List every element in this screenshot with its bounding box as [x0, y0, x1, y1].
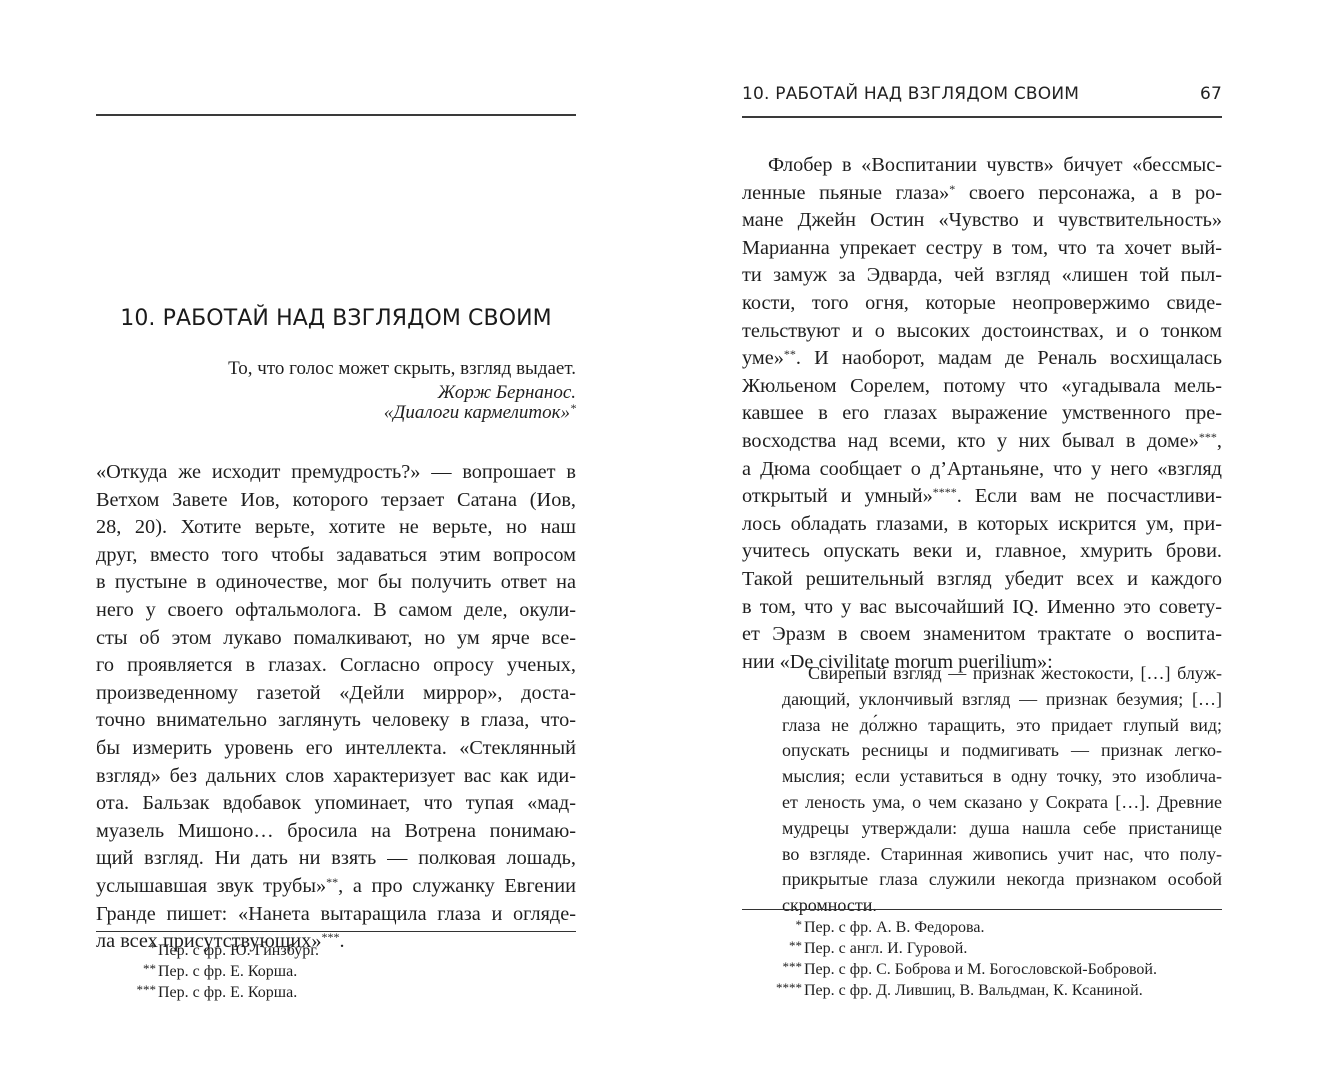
footnotes: * Пер. с фр. А. В. Федорова. ** Пер. с а… — [742, 917, 1222, 1001]
text-line: уме»**. И наоборот, мадам де Реналь восх… — [742, 345, 1222, 373]
chapter-title: 10. РАБОТАЙ НАД ВЗГЛЯДОМ СВОИМ — [96, 306, 576, 331]
footnote: *** Пер. с фр. С. Боброва и М. Богословс… — [742, 959, 1222, 980]
text-fragment: , — [1217, 430, 1222, 452]
footnote-mark: ** — [784, 347, 796, 361]
text-fragment: . Если вам не посчастливи- — [957, 485, 1222, 507]
text-line: Флобер в «Воспитании чувств» бичует «бес… — [742, 152, 1222, 180]
quote-line: во взгляде. Старинная живопись учит нас,… — [782, 842, 1222, 868]
text-fragment: ленные пьяные глаза» — [742, 182, 949, 204]
text-line: учитесь опускать веки и, главное, хмурит… — [742, 538, 1222, 566]
quote-line: Свирепый взгляд — признак жестокости, […… — [782, 661, 1222, 687]
quote-line: мыслия; если уставиться в одну точку, эт… — [782, 764, 1222, 790]
running-head-title: 10. РАБОТАЙ НАД ВЗГЛЯДОМ СВОИМ — [742, 84, 1079, 104]
footnote-mark: * — [570, 401, 576, 415]
footnote: * Пер. с фр. А. В. Федорова. — [742, 917, 1222, 938]
quote-line: опускать ресницы и подмигивать — признак… — [782, 738, 1222, 764]
text-fragment: открытый и умный» — [742, 485, 933, 507]
text-line: бы измерить уровень его интеллекта. «Сте… — [96, 735, 576, 763]
text-line: муазель Мишоно… бросила на Вотрена поним… — [96, 818, 576, 846]
text-fragment: восходства над всеми, кто у них бывал в … — [742, 430, 1199, 452]
text-line: услышавшая звук трубы»**, а про служанку… — [96, 873, 576, 901]
footnote-rule — [96, 931, 576, 932]
footnote-mark: * — [742, 914, 804, 935]
text-line: взгляд» без дальних слов характеризует в… — [96, 763, 576, 791]
text-fragment: , а про служанку Евгении — [338, 875, 576, 897]
text-line: кости, того огня, которые неопровержимо … — [742, 290, 1222, 318]
footnote-mark: **** — [933, 485, 957, 499]
quote-line: дающий, уклончивый взгляд — признак безу… — [782, 687, 1222, 713]
text-line: него у своего офтальмолога. В самом деле… — [96, 597, 576, 625]
epigraph: То, что голос может скрыть, взгляд выдае… — [96, 359, 576, 423]
text-line: Жюльеном Сорелем, потому что «угадывала … — [742, 373, 1222, 401]
text-line: Такой решительный взгляд убедит всех и к… — [742, 566, 1222, 594]
text-line: в пустыне в одиночестве, мог бы получить… — [96, 569, 576, 597]
footnote: *** Пер. с фр. Е. Корша. — [96, 982, 576, 1003]
quote-line: глаза не до́лжно таращить, это придает г… — [782, 713, 1222, 739]
text-line: 28, 20). Хотите верьте, хотите не верьте… — [96, 514, 576, 542]
footnote-text: Пер. с фр. Е. Корша. — [158, 982, 297, 1003]
footnote: ** Пер. с фр. Е. Корша. — [96, 961, 576, 982]
text-line: Гранде пишет: «Нанета вытаращила глаза и… — [96, 901, 576, 929]
text-line: ота. Бальзак вдобавок упоминает, что туп… — [96, 790, 576, 818]
text-line: кавшее в его глазах выражение умственног… — [742, 400, 1222, 428]
text-line: восходства над всеми, кто у них бывал в … — [742, 428, 1222, 456]
footnote-text: Пер. с фр. Д. Лившиц, В. Вальдман, К. Кс… — [804, 980, 1143, 1001]
text-line: ет Эразм в своем знаменитом трактате о в… — [742, 621, 1222, 649]
header-rule — [742, 116, 1222, 118]
text-line: друг, вместо того чтобы задаваться этим … — [96, 542, 576, 570]
text-line: сты об этом лукаво помалкивают, но ум яр… — [96, 625, 576, 653]
text-line: а Дюма сообщает о д’Артаньяне, что у нег… — [742, 456, 1222, 484]
quote-line: скромности. — [782, 893, 1222, 919]
text-fragment: услышавшая звук трубы» — [96, 875, 326, 897]
header-rule — [96, 114, 576, 116]
text-line: го проявляется в глазах. Согласно опросу… — [96, 652, 576, 680]
footnote: ** Пер. с англ. И. Гуровой. — [742, 938, 1222, 959]
running-head: 10. РАБОТАЙ НАД ВЗГЛЯДОМ СВОИМ 67 — [742, 84, 1222, 108]
text-fragment: уме» — [742, 347, 784, 369]
footnote-mark: ** — [742, 935, 804, 956]
footnote-mark: ** — [326, 875, 338, 889]
footnote: **** Пер. с фр. Д. Лившиц, В. Вальдман, … — [742, 980, 1222, 1001]
footnote-mark: *** — [1199, 430, 1217, 444]
epigraph-source-title: «Диалоги кармелиток» — [384, 402, 570, 423]
footnote-text: Пер. с фр. С. Боброва и М. Богословской-… — [804, 959, 1157, 980]
text-line: ти замуж за Эдварда, чей взгляд «лишен т… — [742, 262, 1222, 290]
epigraph-source: «Диалоги кармелиток»* — [96, 403, 576, 423]
text-line: в том, что у вас высочайший IQ. Именно э… — [742, 594, 1222, 622]
footnote-mark: * — [96, 937, 158, 958]
text-line: щий взгляд. Ни дать ни взять — полковая … — [96, 845, 576, 873]
body-text: Флобер в «Воспитании чувств» бичует «бес… — [742, 152, 1222, 676]
text-line: точно внимательно заглянуть человеку в г… — [96, 707, 576, 735]
text-fragment: своего персонажа, а в ро- — [955, 182, 1222, 204]
epigraph-text: То, что голос может скрыть, взгляд выдае… — [96, 359, 576, 379]
footnote-text: Пер. с фр. Е. Корша. — [158, 961, 297, 982]
footnote-mark: **** — [742, 977, 804, 998]
page-number: 67 — [1200, 84, 1222, 104]
footnote: * Пер. с фр. Ю. Гинзбург. — [96, 940, 576, 961]
text-fragment: . И наоборот, мадам де Реналь восхищалас… — [796, 347, 1222, 369]
text-line: Марианна упрекает сестру в том, что та х… — [742, 235, 1222, 263]
footnote-mark: *** — [96, 979, 158, 1000]
footnote-mark: ** — [96, 958, 158, 979]
footnote-rule — [742, 909, 1222, 910]
footnote-text: Пер. с фр. Ю. Гинзбург. — [158, 940, 319, 961]
quote-line: прикрытые глаза служили некогда признако… — [782, 867, 1222, 893]
text-line: «Откуда же исходит премудрость?» — вопро… — [96, 459, 576, 487]
footnote-text: Пер. с англ. И. Гуровой. — [804, 938, 967, 959]
text-line: лось обладать глазами, в которых искритс… — [742, 511, 1222, 539]
text-line: открытый и умный»****. Если вам не посча… — [742, 483, 1222, 511]
text-line: произведенному газетой «Дейли миррор», д… — [96, 680, 576, 708]
body-text: «Откуда же исходит премудрость?» — вопро… — [96, 459, 576, 956]
text-line: тельствуют и о высоких достоинствах, и о… — [742, 318, 1222, 346]
footnote-text: Пер. с фр. А. В. Федорова. — [804, 917, 984, 938]
footnote-mark: *** — [742, 956, 804, 977]
block-quote: Свирепый взгляд — признак жестокости, […… — [782, 661, 1222, 919]
text-line: ленные пьяные глаза»* своего персонажа, … — [742, 180, 1222, 208]
quote-line: мудрецы утверждали: душа нашла себе прис… — [782, 816, 1222, 842]
quote-line: ет леность ума, о чем сказано у Сократа … — [782, 790, 1222, 816]
text-line: Ветхом Завете Иов, которого терзает Сата… — [96, 487, 576, 515]
epigraph-author: Жорж Бернанос. — [96, 383, 576, 403]
footnotes: * Пер. с фр. Ю. Гинзбург. ** Пер. с фр. … — [96, 940, 576, 1003]
text-line: мане Джейн Остин «Чувство и чувствительн… — [742, 207, 1222, 235]
